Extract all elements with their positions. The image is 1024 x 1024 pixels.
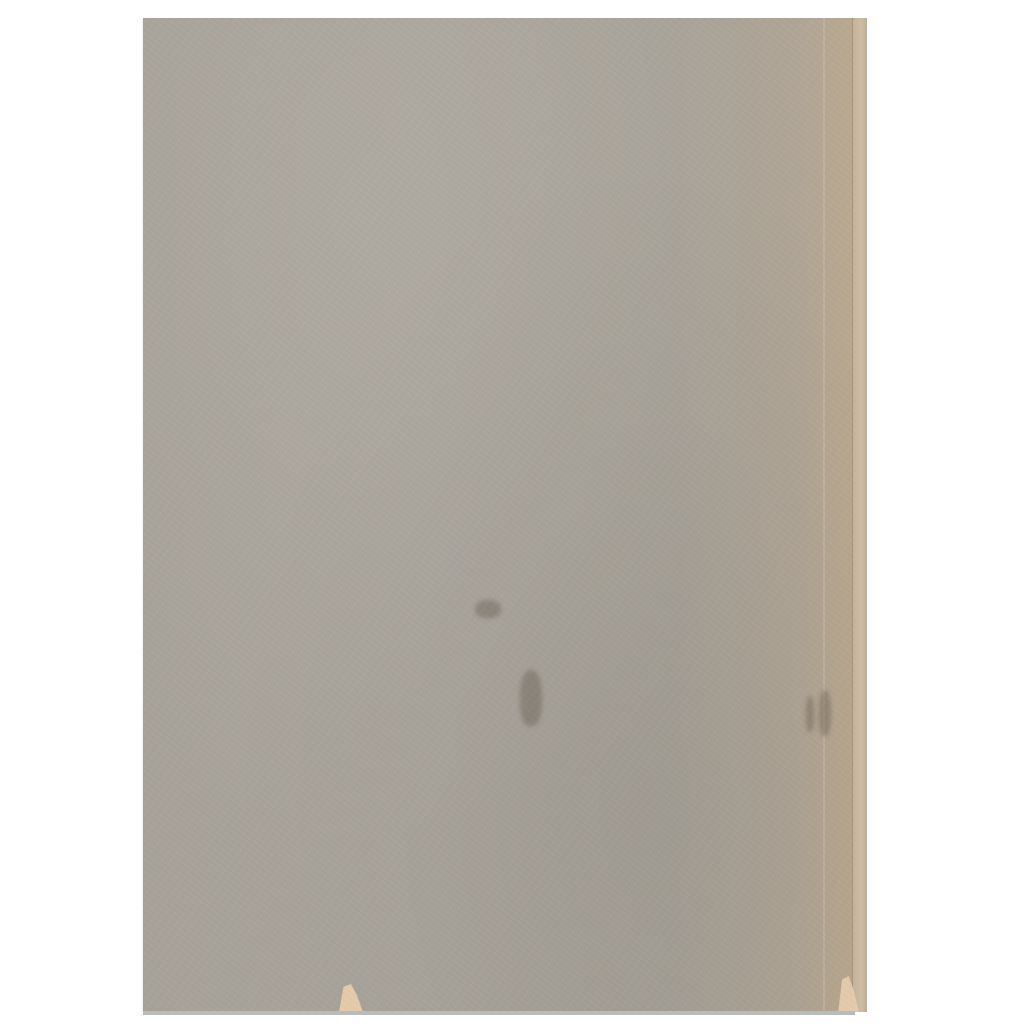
- spine-fold-line: [823, 18, 825, 1012]
- ink-bleed-mark: [475, 600, 501, 618]
- page-edge-bottom: [143, 1011, 855, 1015]
- ink-bleed-mark: [806, 696, 814, 732]
- spine-edge: [852, 18, 867, 1012]
- ink-bleed-mark: [520, 670, 542, 726]
- book-back-cover: [143, 18, 855, 1012]
- torn-corner-bottom-left: [333, 984, 363, 1012]
- ink-bleed-mark: [819, 690, 831, 736]
